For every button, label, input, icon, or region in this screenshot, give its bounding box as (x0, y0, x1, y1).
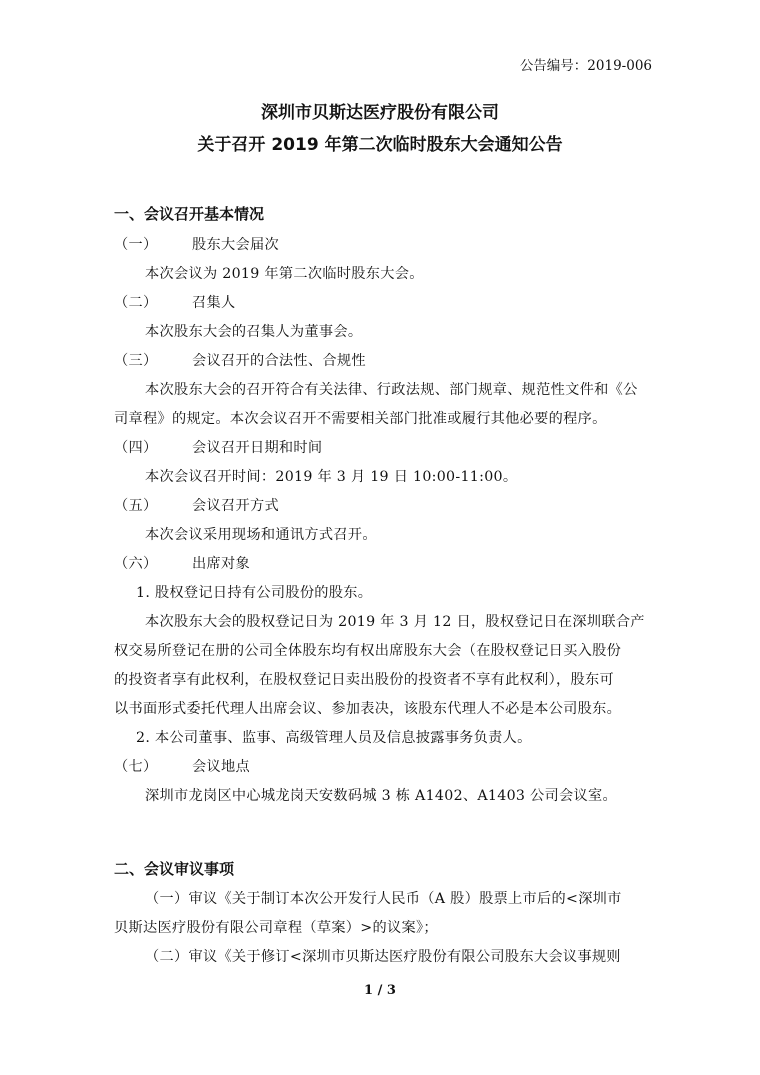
item1-text: 本次会议为 2019 年第二次临时股东大会。 (145, 263, 424, 283)
item6-text-line1: 本次股东大会的股权登记日为 2019 年 3 月 12 日，股权登记日在深圳联合… (145, 611, 645, 631)
section2-line3: （二）审议《关于修订<深圳市贝斯达医疗股份有限公司股东大会议事规则 (145, 946, 621, 966)
item6-sub2: 2. 本公司董事、监事、高级管理人员及信息披露事务负责人。 (136, 727, 532, 747)
item6-text-line2: 权交易所登记在册的公司全体股东均有权出席股东大会（在股权登记日买入股份 (114, 640, 621, 660)
section1-heading: 一、会议召开基本情况 (114, 203, 264, 224)
item4-text: 本次会议召开时间：2019 年 3 月 19 日 10:00-11:00。 (145, 466, 517, 486)
item5-heading: （五）会议召开方式 (114, 495, 279, 515)
item4-heading: （四）会议召开日期和时间 (114, 437, 322, 457)
item3-text-line1: 本次股东大会的召开符合有关法律、行政法规、部门规章、规范性文件和《公 (145, 379, 638, 399)
item3-heading: （三）会议召开的合法性、合规性 (114, 350, 366, 370)
item6-text-line4: 以书面形式委托代理人出席会议、参加表决，该股东代理人不必是本公司股东。 (114, 698, 621, 718)
document-page: 公告编号：2019-006 深圳市贝斯达医疗股份有限公司 关于召开 2019 年… (0, 0, 760, 1075)
item2-heading: （二）召集人 (114, 292, 235, 312)
item5-text: 本次会议采用现场和通讯方式召开。 (145, 524, 377, 544)
announcement-number: 公告编号：2019-006 (520, 54, 652, 74)
section2-heading: 二、会议审议事项 (114, 858, 234, 879)
section2-line2: 贝斯达医疗股份有限公司章程（草案）>的议案》； (114, 917, 438, 937)
company-title: 深圳市贝斯达医疗股份有限公司 (0, 98, 760, 123)
item3-text-line2: 司章程》的规定。本次会议召开不需要相关部门批准或履行其他必要的程序。 (114, 408, 607, 428)
item7-heading: （七）会议地点 (114, 756, 250, 776)
section2-line1: （一）审议《关于制订本次公开发行人民币（A 股）股票上市后的<深圳市 (145, 888, 622, 908)
page-number: 1 / 3 (0, 983, 760, 998)
notice-title: 关于召开 2019 年第二次临时股东大会通知公告 (0, 130, 760, 155)
item6-sub1: 1. 股权登记日持有公司股份的股东。 (136, 582, 372, 602)
item6-heading: （六）出席对象 (114, 553, 250, 573)
item2-text: 本次股东大会的召集人为董事会。 (145, 321, 362, 341)
item6-text-line3: 的投资者享有此权利，在股权登记日卖出股份的投资者不享有此权利），股东可 (114, 669, 614, 689)
item7-text: 深圳市龙岗区中心城龙岗天安数码城 3 栋 A1402、A1403 公司会议室。 (145, 785, 617, 805)
item1-heading: （一）股东大会届次 (114, 234, 279, 254)
